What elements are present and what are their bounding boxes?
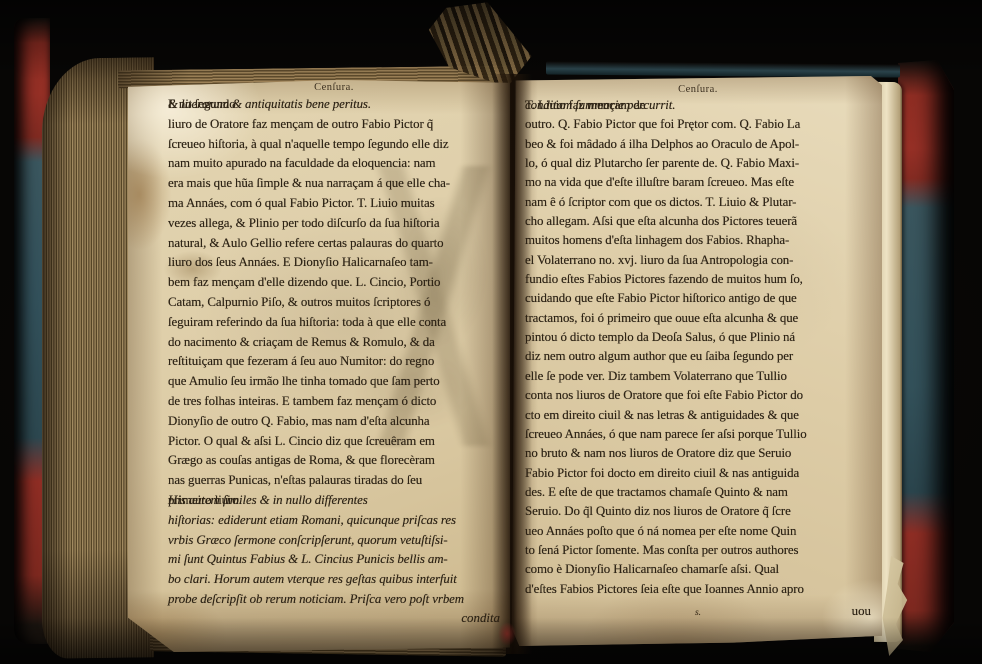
text-line: pintou ó dicto templo da Deoſa Salus, ó … xyxy=(525,328,871,347)
text-segment: cuidando que eſte Fabio Pictor hiſtorico… xyxy=(525,289,797,308)
text-line: ueo Annáes poſto que ó ná nomea per eſte… xyxy=(525,522,871,541)
text-segment: liuro de Oratore faz mençam de outro Fab… xyxy=(168,115,433,135)
text-segment: nam muito apurado na faculdade da eloque… xyxy=(168,154,435,174)
text-line: hiſtorias: ediderunt etiam Romani, quicu… xyxy=(168,511,500,531)
left-page-lines: & literarum & antiquitatis bene peritus.… xyxy=(168,95,500,610)
text-segment: cto em direito ciuil & nas letras & anti… xyxy=(525,406,799,425)
text-line: conditam ſummarie percurrit. T. Liuio fa… xyxy=(525,96,871,115)
text-line: & literarum & antiquitatis bene peritus.… xyxy=(168,95,500,115)
text-segment: ſcreueo hiſtoria, à qual n'aquelle tempo… xyxy=(168,135,448,155)
open-book-photo: Cenſura. & literarum & antiquitatis bene… xyxy=(0,0,982,664)
text-line: to ſená Pictor ſomente. Mas conſta per o… xyxy=(525,541,871,560)
text-line: mo na vida que d'eſte illuſtre baram ſcr… xyxy=(525,173,871,192)
text-segment: reſtituiçam que fezeram á ſeu auo Numito… xyxy=(168,352,434,372)
text-segment: E no ſegundo xyxy=(168,95,236,115)
text-line: cto em direito ciuil & nas letras & anti… xyxy=(525,406,871,425)
text-segment: ma Annáes, com ó qual Fabio Pictor. T. L… xyxy=(168,194,435,214)
text-line: vrbis Græco ſermone conſcripſerunt, quor… xyxy=(168,531,500,551)
text-segment: nas guerras Punicas, n'eſtas palauras ti… xyxy=(168,471,422,491)
text-segment: Pictor. O qual & aſsi L. Cincio diz que … xyxy=(168,432,435,452)
text-line: fundio eſtes Fabios Pictores fazendo de … xyxy=(525,270,871,289)
text-segment: vrbis Græco ſermone conſcripſerunt, quor… xyxy=(168,531,448,551)
text-segment: d'eſtes Fabios Pictores ſeia eſte que Io… xyxy=(525,580,804,599)
gutter-red-stain xyxy=(498,622,516,646)
text-segment: nam ê ó ſcriptor com que os dictos. T. L… xyxy=(525,193,796,212)
text-line: tractamos, foi ó primeiro que ouue eſta … xyxy=(525,309,871,328)
right-page-lines: conditam ſummarie percurrit. T. Liuio fa… xyxy=(525,96,871,599)
text-line: vezes allega, & Plinio per todo diſcurſo… xyxy=(168,214,500,234)
text-line: bem faz mençam d'elle dizendo que. L. Ci… xyxy=(168,273,500,293)
text-segment: Seruio. Do q̃l Quinto diz nos liuros de … xyxy=(525,502,791,521)
text-segment: Fabio Pictor foi docto em direito ciuil … xyxy=(525,464,799,483)
text-segment: mo na vida que d'eſte illuſtre baram ſcr… xyxy=(525,173,794,192)
text-line: mi ſunt Quintus Fabius & L. Cincius Puni… xyxy=(168,550,500,570)
text-segment: diz nem outro algum author que eu ſaiba … xyxy=(525,347,793,366)
text-segment: beo & foi mâdado á ilha Delphos ao Oracu… xyxy=(525,135,799,154)
right-page: Cenſura. conditam ſummarie percurrit. T.… xyxy=(512,76,882,646)
text-line: Grægo as couſas antigas de Roma, & que f… xyxy=(168,451,500,471)
text-line: el Volaterrano no. xvj. liuro da ſua Ant… xyxy=(525,251,871,270)
text-segment: Catam, Calpurnio Piſo, & outros muitos ſ… xyxy=(168,293,430,313)
text-segment: probe deſcripſit ob rerum noticiam. Priſ… xyxy=(168,590,464,610)
text-line: de tres folhas inteiras. E tambem faz me… xyxy=(168,392,500,412)
catchword: uou xyxy=(525,604,871,619)
text-segment: His autem ſimiles & in nullo differentes xyxy=(168,491,368,511)
text-segment: des. E eſte de que tractamos chamaſe Qui… xyxy=(525,483,788,502)
text-segment: de tres folhas inteiras. E tambem faz me… xyxy=(168,392,436,412)
text-line: nam muito apurado na faculdade da eloque… xyxy=(168,154,500,174)
text-segment: no bruto & nam nos liuros de Oratore diz… xyxy=(525,444,791,463)
text-line: beo & foi mâdado á ilha Delphos ao Oracu… xyxy=(525,135,871,154)
text-segment: pintou ó dicto templo da Deoſa Salus, ó … xyxy=(525,328,795,347)
text-line: como è Dionyſio Halicarnaſeo chamarſe aſ… xyxy=(525,560,871,579)
right-text-block: Cenſura. conditam ſummarie percurrit. T.… xyxy=(525,76,871,646)
text-line: nam ê ó ſcriptor com que os dictos. T. L… xyxy=(525,193,871,212)
text-segment: como è Dionyſio Halicarnaſeo chamarſe aſ… xyxy=(525,560,779,579)
text-segment: conta nos liuros de Oratore que foi eſte… xyxy=(525,386,803,405)
text-line: liuro dos ſeus Annáes. E Dionyſio Halica… xyxy=(168,253,500,273)
text-line: ſeguiram referindo da ſua hiſtoria: toda… xyxy=(168,313,500,333)
text-line: Fabio Pictor foi docto em direito ciuil … xyxy=(525,464,871,483)
text-line: reſtituiçam que fezeram á ſeu auo Numito… xyxy=(168,352,500,372)
text-segment: el Volaterrano no. xvj. liuro da ſua Ant… xyxy=(525,251,793,270)
text-line: ſcreueo Annáes, ó que nam parece ſer aſs… xyxy=(525,425,871,444)
text-line: nas guerras Punicas, n'eſtas palauras ti… xyxy=(168,471,500,491)
text-segment: outro. Q. Fabio Pictor que foi Prętor co… xyxy=(525,115,800,134)
left-page: Cenſura. & literarum & antiquitatis bene… xyxy=(128,80,510,652)
text-line: conta nos liuros de Oratore que foi eſte… xyxy=(525,386,871,405)
text-segment: vezes allega, & Plinio per todo diſcurſo… xyxy=(168,214,439,234)
text-segment: natural, & Aulo Gellio refere certas pal… xyxy=(168,234,443,254)
text-segment: tractamos, foi ó primeiro que ouue eſta … xyxy=(525,309,798,328)
text-segment: bem faz mençam d'elle dizendo que. L. Ci… xyxy=(168,273,440,293)
text-segment: ſeguiram referindo da ſua hiſtoria: toda… xyxy=(168,313,446,333)
text-line: lo, ó qual diz Plutarcho ſer parente de.… xyxy=(525,154,871,173)
text-segment: era mais que hũa ſimple & nua narraçam á… xyxy=(168,174,450,194)
text-segment: T. Liuio faz mençam de xyxy=(525,96,645,115)
text-segment: ueo Annáes poſto que ó ná nomea per eſte… xyxy=(525,522,796,541)
text-line: que Amulio ſeu irmão lhe tinha tomado qu… xyxy=(168,372,500,392)
text-line: d'eſtes Fabios Pictores ſeia eſte que Io… xyxy=(525,580,871,599)
text-line: do nacimento & criaçam de Remus & Romulo… xyxy=(168,333,500,353)
text-segment: hiſtorias: ediderunt etiam Romani, quicu… xyxy=(168,511,456,531)
text-line: Dionyſio de outro Q. Fabio, mas nam d'eſ… xyxy=(168,412,500,432)
running-head: Cenſura. xyxy=(525,84,871,95)
text-segment: Dionyſio de outro Q. Fabio, mas nam d'eſ… xyxy=(168,412,430,432)
text-line: Pictor. O qual & aſsi L. Cincio diz que … xyxy=(168,432,500,452)
gutter-shadow xyxy=(492,74,532,654)
text-line: era mais que hũa ſimple & nua narraçam á… xyxy=(168,174,500,194)
text-line: bo clari. Horum autem vterque res geſtas… xyxy=(168,570,500,590)
text-line: ſcreueo hiſtoria, à qual n'aquelle tempo… xyxy=(168,135,500,155)
text-segment: muitos homens d'eſta linhagem dos Fabios… xyxy=(525,231,789,250)
text-line: Seruio. Do q̃l Quinto diz nos liuros de … xyxy=(525,502,871,521)
text-line: Catam, Calpurnio Piſo, & outros muitos ſ… xyxy=(168,293,500,313)
text-line: cho allegam. Aſsi que eſta alcunha dos P… xyxy=(525,212,871,231)
text-segment: ſcreueo Annáes, ó que nam parece ſer aſs… xyxy=(525,425,807,444)
text-line: probe deſcripſit ob rerum noticiam. Priſ… xyxy=(168,590,500,610)
text-segment: lo, ó qual diz Plutarcho ſer parente de.… xyxy=(525,154,799,173)
text-segment: to ſená Pictor ſomente. Mas conſta per o… xyxy=(525,541,798,560)
text-segment: elle ſe pode ver. Diz tambem Volaterrano… xyxy=(525,367,787,386)
text-line: natural, & Aulo Gellio refere certas pal… xyxy=(168,234,500,254)
signature-catchword-line: s. uou xyxy=(525,604,871,624)
text-line: des. E eſte de que tractamos chamaſe Qui… xyxy=(525,483,871,502)
text-line: elle ſe pode ver. Diz tambem Volaterrano… xyxy=(525,367,871,386)
text-segment: que Amulio ſeu irmão lhe tinha tomado qu… xyxy=(168,372,440,392)
text-line: ma Annáes, com ó qual Fabio Pictor. T. L… xyxy=(168,194,500,214)
text-line: outro. Q. Fabio Pictor que foi Prętor co… xyxy=(525,115,871,134)
text-line: muitos homens d'eſta linhagem dos Fabios… xyxy=(525,231,871,250)
right-cover-board-edge xyxy=(898,60,954,652)
board-top-edge-line xyxy=(546,61,900,77)
text-segment: Grægo as couſas antigas de Roma, & que f… xyxy=(168,451,435,471)
text-line: cuidando que eſte Fabio Pictor hiſtorico… xyxy=(525,289,871,308)
text-line: diz nem outro algum author que eu ſaiba … xyxy=(525,347,871,366)
text-segment: mi ſunt Quintus Fabius & L. Cincius Puni… xyxy=(168,550,448,570)
text-line: liuro de Oratore faz mençam de outro Fab… xyxy=(168,115,500,135)
text-segment: bo clari. Horum autem vterque res geſtas… xyxy=(168,570,457,590)
text-segment: cho allegam. Aſsi que eſta alcunha dos P… xyxy=(525,212,797,231)
text-line: no bruto & nam nos liuros de Oratore diz… xyxy=(525,444,871,463)
text-line: primeiro liuro. His autem ſimiles & in n… xyxy=(168,491,500,511)
text-segment: liuro dos ſeus Annáes. E Dionyſio Halica… xyxy=(168,253,433,273)
left-text-block: Cenſura. & literarum & antiquitatis bene… xyxy=(168,80,500,652)
text-segment: fundio eſtes Fabios Pictores fazendo de … xyxy=(525,270,803,289)
text-segment: do nacimento & criaçam de Remus & Romulo… xyxy=(168,333,435,353)
catchword: condita xyxy=(168,611,500,626)
